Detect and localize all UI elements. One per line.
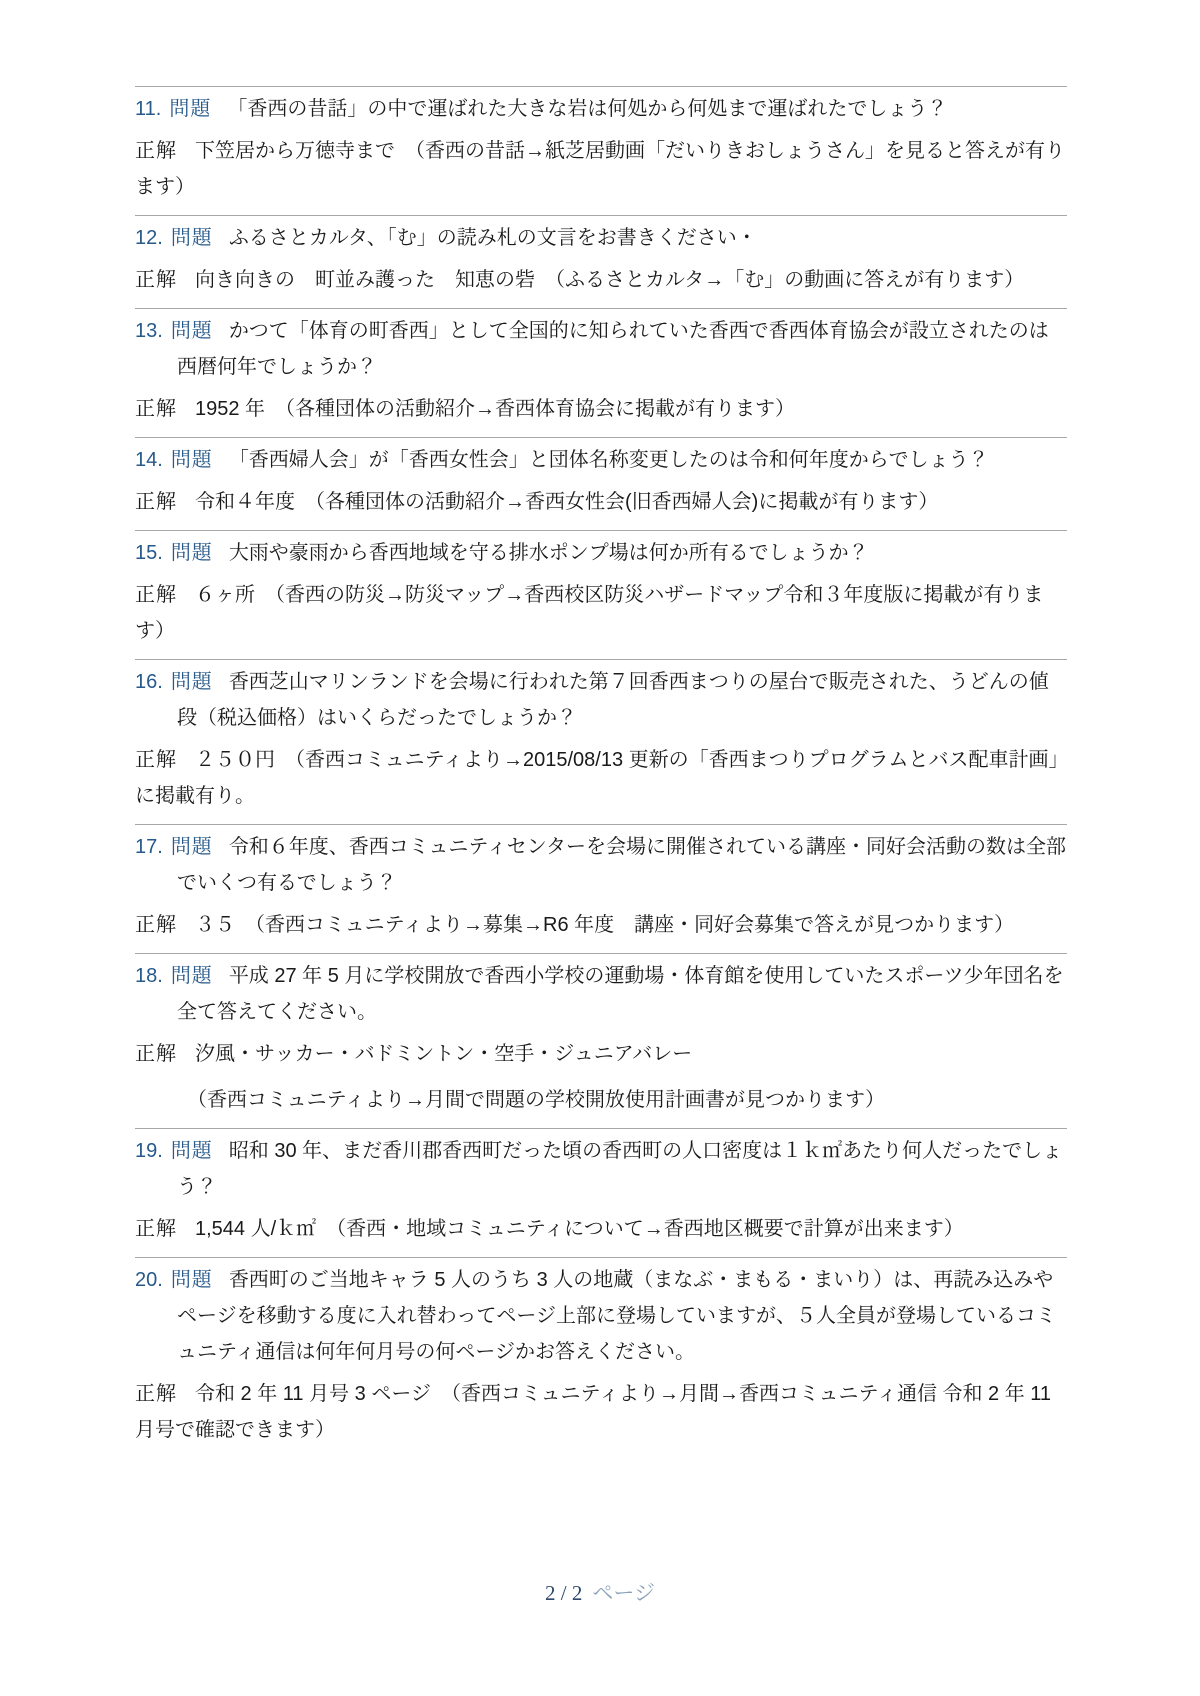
qa-item: 13.問題かつて「体育の町香西」として全国的に知られていた香西で香西体育協会が設… [135, 308, 1067, 427]
question-number: 12. [135, 227, 163, 249]
question-line: 12.問題ふるさとカルタ、「む」の読み札の文言をお書きください・ [135, 220, 1067, 256]
question-label: 問題 [171, 1269, 213, 1291]
answer-line: 正解1952 年 （各種団体の活動紹介→香西体育協会に掲載が有ります） [135, 391, 1067, 427]
answer-label: 正解 [135, 914, 177, 936]
answer-line: 正解６ヶ所 （香西の防災→防災マップ→香西校区防災ハザードマップ令和３年度版に掲… [135, 577, 1067, 649]
question-number: 18. [135, 965, 163, 987]
qa-item: 17.問題令和６年度、香西コミュニティセンターを会場に開催されている講座・同好会… [135, 824, 1067, 943]
qa-item: 14.問題「香西婦人会」が「香西女性会」と団体名称変更したのは令和何年度からでし… [135, 437, 1067, 520]
question-label: 問題 [171, 965, 213, 987]
question-number: 19. [135, 1140, 163, 1162]
question-number: 11. [135, 98, 161, 120]
question-label: 問題 [171, 671, 213, 693]
question-line: 20.問題香西町のご当地キャラ 5 人のうち 3 人の地蔵（まなぶ・まもる・まい… [135, 1262, 1067, 1370]
answer-line: 正解２５０円 （香西コミュニティより→2015/08/13 更新の「香西まつりプ… [135, 742, 1067, 814]
page-number: 2 / 2 [545, 1581, 582, 1605]
question-number: 14. [135, 449, 163, 471]
question-number: 15. [135, 542, 163, 564]
answer-text: 1952 年 （各種団体の活動紹介→香西体育協会に掲載が有ります） [195, 398, 795, 420]
question-line: 13.問題かつて「体育の町香西」として全国的に知られていた香西で香西体育協会が設… [135, 313, 1067, 385]
answer-label: 正解 [135, 1043, 177, 1065]
answer-note: （香西コミュニティより→月間で問題の学校開放使用計画書が見つかります） [135, 1082, 1067, 1118]
question-number: 20. [135, 1269, 163, 1291]
answer-label: 正解 [135, 269, 177, 291]
answer-text: 令和４年度 （各種団体の活動紹介→香西女性会(旧香西婦人会)に掲載が有ります） [195, 491, 938, 513]
answer-label: 正解 [135, 584, 177, 606]
question-line: 14.問題「香西婦人会」が「香西女性会」と団体名称変更したのは令和何年度からでし… [135, 442, 1067, 478]
question-label: 問題 [171, 320, 213, 342]
qa-item: 20.問題香西町のご当地キャラ 5 人のうち 3 人の地蔵（まなぶ・まもる・まい… [135, 1257, 1067, 1448]
answer-text: ３５ （香西コミュニティより→募集→R6 年度 講座・同好会募集で答えが見つかり… [195, 914, 1014, 936]
qa-list: 11.問題「香西の昔話」の中で運ばれた大きな岩は何処から何処まで運ばれたでしょう… [135, 86, 1067, 1458]
qa-item: 12.問題ふるさとカルタ、「む」の読み札の文言をお書きください・ 正解向き向きの… [135, 215, 1067, 298]
question-line: 18.問題平成 27 年 5 月に学校開放で香西小学校の運動場・体育館を使用して… [135, 958, 1067, 1030]
question-number: 13. [135, 320, 163, 342]
answer-line: 正解1,544 人/ｋ㎡ （香西・地域コミュニティについて→香西地区概要で計算が… [135, 1211, 1067, 1247]
qa-item: 15.問題大雨や豪雨から香西地域を守る排水ポンプ場は何か所有るでしょうか？ 正解… [135, 530, 1067, 649]
answer-label: 正解 [135, 491, 177, 513]
answer-text: 1,544 人/ｋ㎡ （香西・地域コミュニティについて→香西地区概要で計算が出来… [195, 1218, 964, 1240]
answer-line: 正解令和４年度 （各種団体の活動紹介→香西女性会(旧香西婦人会)に掲載が有ります… [135, 484, 1067, 520]
answer-label: 正解 [135, 398, 177, 420]
question-text: 香西町のご当地キャラ 5 人のうち 3 人の地蔵（まなぶ・まもる・まいり）は、再… [177, 1269, 1056, 1363]
answer-line: 正解汐風・サッカー・バドミントン・空手・ジュニアバレー [135, 1036, 1067, 1072]
question-text: 昭和 30 年、まだ香川郡香西町だった頃の香西町の人口密度は１ｋ㎡あたり何人だっ… [177, 1140, 1062, 1198]
answer-line: 正解向き向きの 町並み護った 知恵の砦 （ふるさとカルタ→「む」の動画に答えが有… [135, 262, 1067, 298]
page-footer: 2 / 2ページ [0, 1578, 1200, 1609]
answer-line: 正解下笠居から万徳寺まで （香西の昔話→紙芝居動画「だいりきおしょうさん」を見る… [135, 133, 1067, 205]
answer-label: 正解 [135, 140, 177, 162]
answer-text: 令和 2 年 11 月号 3 ページ （香西コミュニティより→月間→香西コミュニ… [135, 1383, 1051, 1441]
answer-label: 正解 [135, 1383, 177, 1405]
answer-line: 正解３５ （香西コミュニティより→募集→R6 年度 講座・同好会募集で答えが見つ… [135, 907, 1067, 943]
question-number: 16. [135, 671, 163, 693]
answer-label: 正解 [135, 749, 177, 771]
question-text: ふるさとカルタ、「む」の読み札の文言をお書きください・ [229, 227, 757, 249]
question-line: 15.問題大雨や豪雨から香西地域を守る排水ポンプ場は何か所有るでしょうか？ [135, 535, 1067, 571]
page-number-label: ページ [592, 1582, 655, 1605]
question-line: 16.問題香西芝山マリンランドを会場に行われた第７回香西まつりの屋台で販売された… [135, 664, 1067, 736]
answer-label: 正解 [135, 1218, 177, 1240]
question-line: 11.問題「香西の昔話」の中で運ばれた大きな岩は何処から何処まで運ばれたでしょう… [135, 91, 1067, 127]
answer-text: ６ヶ所 （香西の防災→防災マップ→香西校区防災ハザードマップ令和３年度版に掲載が… [135, 584, 1043, 642]
answer-text: 汐風・サッカー・バドミントン・空手・ジュニアバレー [195, 1043, 692, 1065]
question-label: 問題 [171, 542, 213, 564]
qa-item: 19.問題昭和 30 年、まだ香川郡香西町だった頃の香西町の人口密度は１ｋ㎡あた… [135, 1128, 1067, 1247]
answer-line: 正解令和 2 年 11 月号 3 ページ （香西コミュニティより→月間→香西コミ… [135, 1376, 1067, 1448]
qa-item: 11.問題「香西の昔話」の中で運ばれた大きな岩は何処から何処まで運ばれたでしょう… [135, 86, 1067, 205]
qa-item: 18.問題平成 27 年 5 月に学校開放で香西小学校の運動場・体育館を使用して… [135, 953, 1067, 1118]
answer-text: 下笠居から万徳寺まで （香西の昔話→紙芝居動画「だいりきおしょうさん」を見ると答… [135, 140, 1065, 198]
question-label: 問題 [171, 836, 213, 858]
answer-text: ２５０円 （香西コミュニティより→2015/08/13 更新の「香西まつりプログ… [135, 749, 1058, 807]
question-text: 香西芝山マリンランドを会場に行われた第７回香西まつりの屋台で販売された、うどんの… [177, 671, 1049, 729]
qa-item: 16.問題香西芝山マリンランドを会場に行われた第７回香西まつりの屋台で販売された… [135, 659, 1067, 814]
question-text: 大雨や豪雨から香西地域を守る排水ポンプ場は何か所有るでしょうか？ [229, 542, 869, 564]
question-label: 問題 [171, 227, 213, 249]
question-text: 平成 27 年 5 月に学校開放で香西小学校の運動場・体育館を使用していたスポー… [177, 965, 1064, 1023]
question-label: 問題 [169, 98, 211, 120]
question-number: 17. [135, 836, 163, 858]
answer-text: 向き向きの 町並み護った 知恵の砦 （ふるさとカルタ→「む」の動画に答えが有りま… [195, 269, 1024, 291]
question-label: 問題 [171, 1140, 213, 1162]
question-line: 19.問題昭和 30 年、まだ香川郡香西町だった頃の香西町の人口密度は１ｋ㎡あた… [135, 1133, 1067, 1205]
question-line: 17.問題令和６年度、香西コミュニティセンターを会場に開催されている講座・同好会… [135, 829, 1067, 901]
question-text: 「香西婦人会」が「香西女性会」と団体名称変更したのは令和何年度からでしょう？ [229, 449, 989, 471]
question-text: かつて「体育の町香西」として全国的に知られていた香西で香西体育協会が設立されたの… [177, 320, 1049, 378]
question-text: 令和６年度、香西コミュニティセンターを会場に開催されている講座・同好会活動の数は… [177, 836, 1066, 894]
document-page: 11.問題「香西の昔話」の中で運ばれた大きな岩は何処から何処まで運ばれたでしょう… [0, 0, 1200, 1696]
question-text: 「香西の昔話」の中で運ばれた大きな岩は何処から何処まで運ばれたでしょう？ [227, 98, 947, 120]
question-label: 問題 [171, 449, 213, 471]
